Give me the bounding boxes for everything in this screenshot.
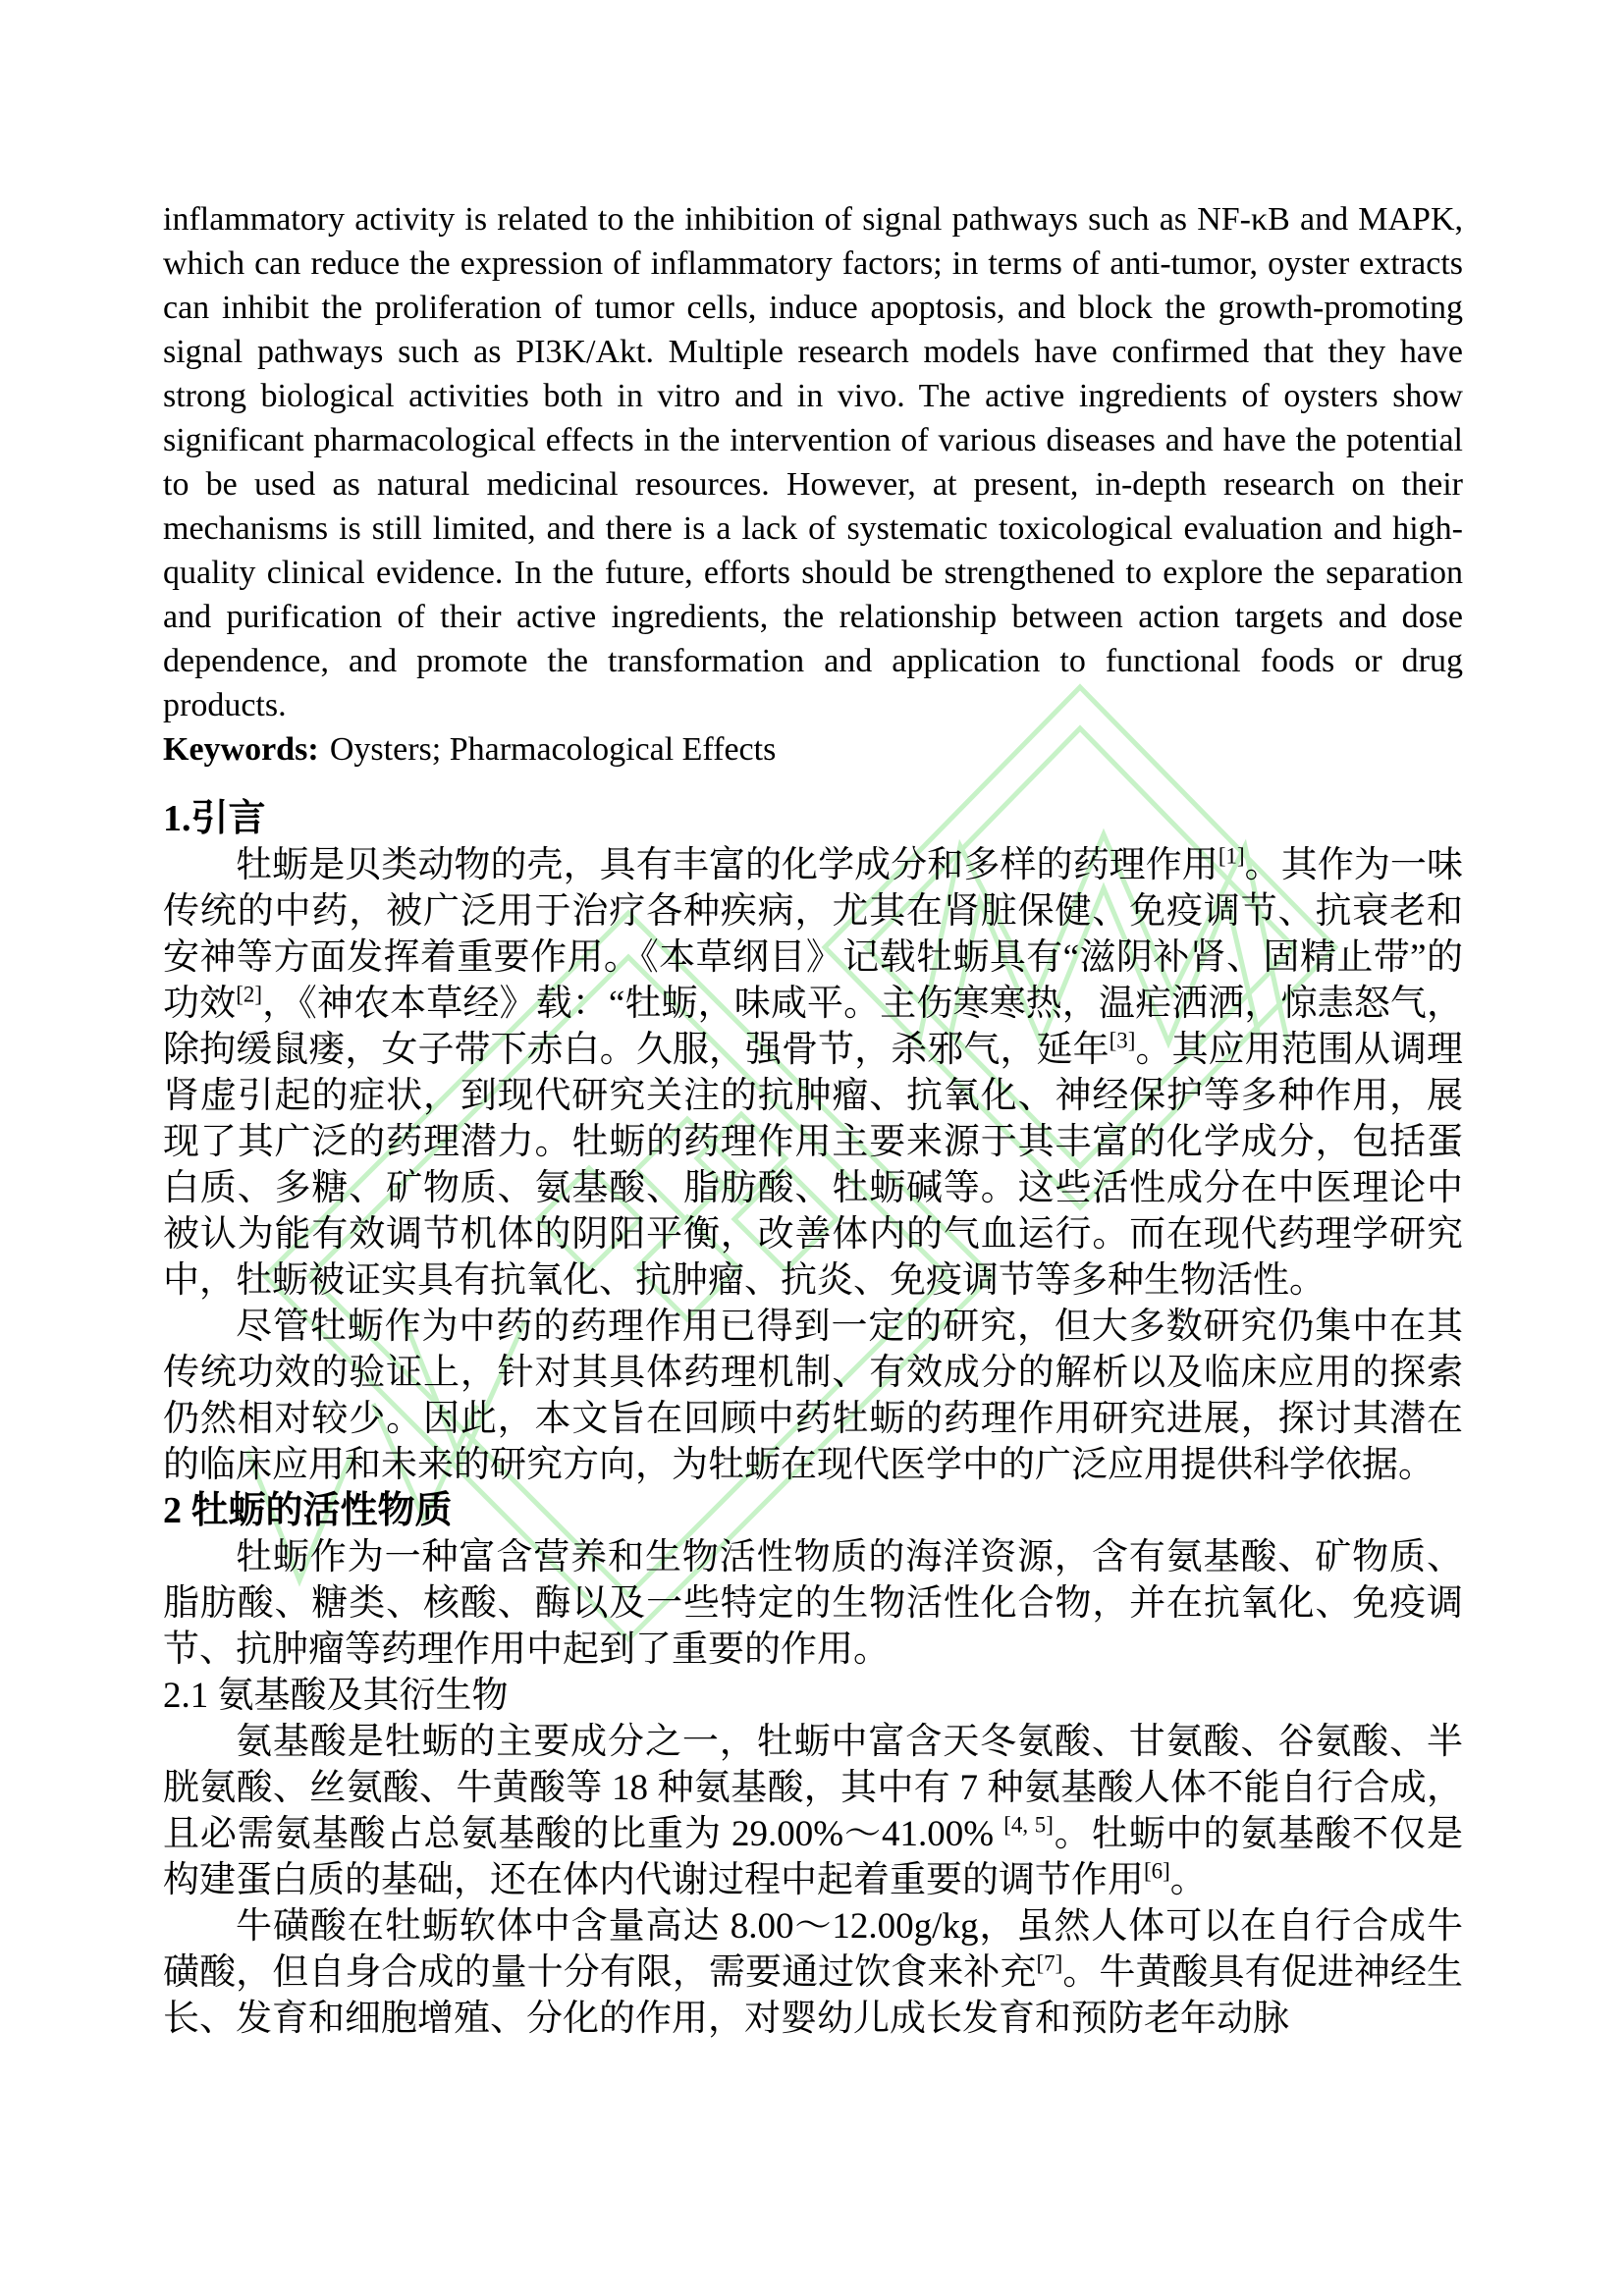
- keywords-value: Oysters; Pharmacological Effects: [330, 731, 776, 768]
- section-heading-introduction: 1.引言: [163, 796, 1463, 842]
- subsection-heading-amino-acids: 2.1 氨基酸及其衍生物: [163, 1673, 1463, 1719]
- abstract-continuation-paragraph: inflammatory activity is related to the …: [163, 197, 1463, 727]
- section-heading-active-substances: 2 牡蛎的活性物质: [163, 1488, 1463, 1534]
- amino-acids-paragraph-2: 牛磺酸在牡蛎软体中含量高达 8.00～12.00g/kg，虽然人体可以在自行合成…: [163, 1903, 1463, 2042]
- page-content: inflammatory activity is related to the …: [0, 0, 1624, 2042]
- amino-acids-paragraph-1: 氨基酸是牡蛎的主要成分之一，牡蛎中富含天冬氨酸、甘氨酸、谷氨酸、半胱氨酸、丝氨酸…: [163, 1719, 1463, 1903]
- introduction-paragraph-2: 尽管牡蛎作为中药的药理作用已得到一定的研究，但大多数研究仍集中在其传统功效的验证…: [163, 1304, 1463, 1488]
- active-substances-paragraph: 牡蛎作为一种富含营养和生物活性物质的海洋资源，含有氨基酸、矿物质、脂肪酸、糖类、…: [163, 1534, 1463, 1673]
- keywords-line: Keywords:Oysters; Pharmacological Effect…: [163, 727, 1463, 772]
- introduction-paragraph-1: 牡蛎是贝类动物的壳，具有丰富的化学成分和多样的药理作用[1]。其作为一味传统的中…: [163, 842, 1463, 1304]
- document-page: inflammatory activity is related to the …: [0, 0, 1624, 2296]
- keywords-label: Keywords:: [163, 731, 319, 768]
